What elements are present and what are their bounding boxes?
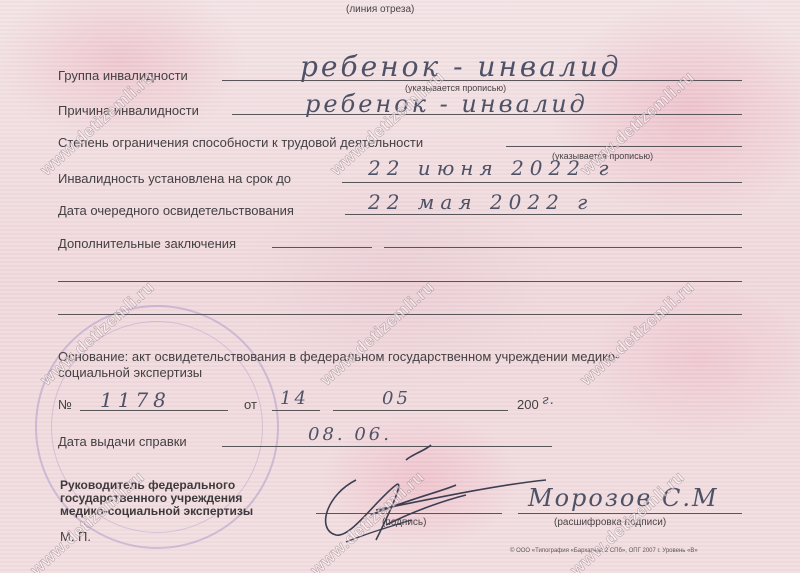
- act-number-value[interactable]: 1178: [100, 388, 171, 412]
- watermark: www.detizemli.ru: [37, 67, 159, 180]
- signature-hint: (подпись): [382, 517, 426, 528]
- additional-line-3: [58, 281, 742, 282]
- decode-value[interactable]: Морозов С.М: [528, 484, 719, 512]
- signature-line: [316, 513, 502, 514]
- act-from-label: от: [244, 397, 257, 412]
- act-day-line: [272, 410, 320, 411]
- cause-value[interactable]: ребенок - инвалид: [305, 90, 588, 118]
- issue-date-line: [222, 446, 552, 447]
- basis-text-2: социальной экспертизы: [58, 365, 202, 380]
- act-year-suffix[interactable]: г.: [542, 393, 555, 408]
- watermark: www.detizemli.ru: [577, 67, 699, 180]
- act-month-value[interactable]: 05: [382, 388, 411, 409]
- next-exam-line: [345, 214, 742, 215]
- term-line: [342, 182, 742, 183]
- watermark: www.detizemli.ru: [577, 277, 699, 390]
- act-number-label: №: [58, 397, 72, 412]
- issue-date-label: Дата выдачи справки: [58, 434, 187, 449]
- act-month-line: [333, 410, 508, 411]
- group-label: Группа инвалидности: [58, 68, 188, 83]
- additional-label: Дополнительные заключения: [58, 236, 236, 251]
- next-exam-value[interactable]: 22 мая 2022 г: [368, 190, 593, 214]
- act-year-prefix: 200: [517, 397, 539, 412]
- watermark: www.detizemli.ru: [317, 277, 439, 390]
- act-day-value[interactable]: 14: [280, 388, 309, 409]
- disability-certificate: (линия отреза) Группа инвалидности ребен…: [0, 0, 800, 573]
- additional-line-1: [272, 247, 372, 248]
- group-value[interactable]: ребенок - инвалид: [300, 50, 622, 83]
- cut-line-label: (линия отреза): [346, 4, 414, 15]
- issue-date-value[interactable]: 08. 06.: [308, 424, 392, 445]
- term-value[interactable]: 22 июня 2022 г: [368, 156, 614, 180]
- next-exam-label: Дата очередного освидетельствования: [58, 203, 294, 218]
- additional-line-2: [384, 247, 742, 248]
- term-label: Инвалидность установлена на срок до: [58, 171, 291, 186]
